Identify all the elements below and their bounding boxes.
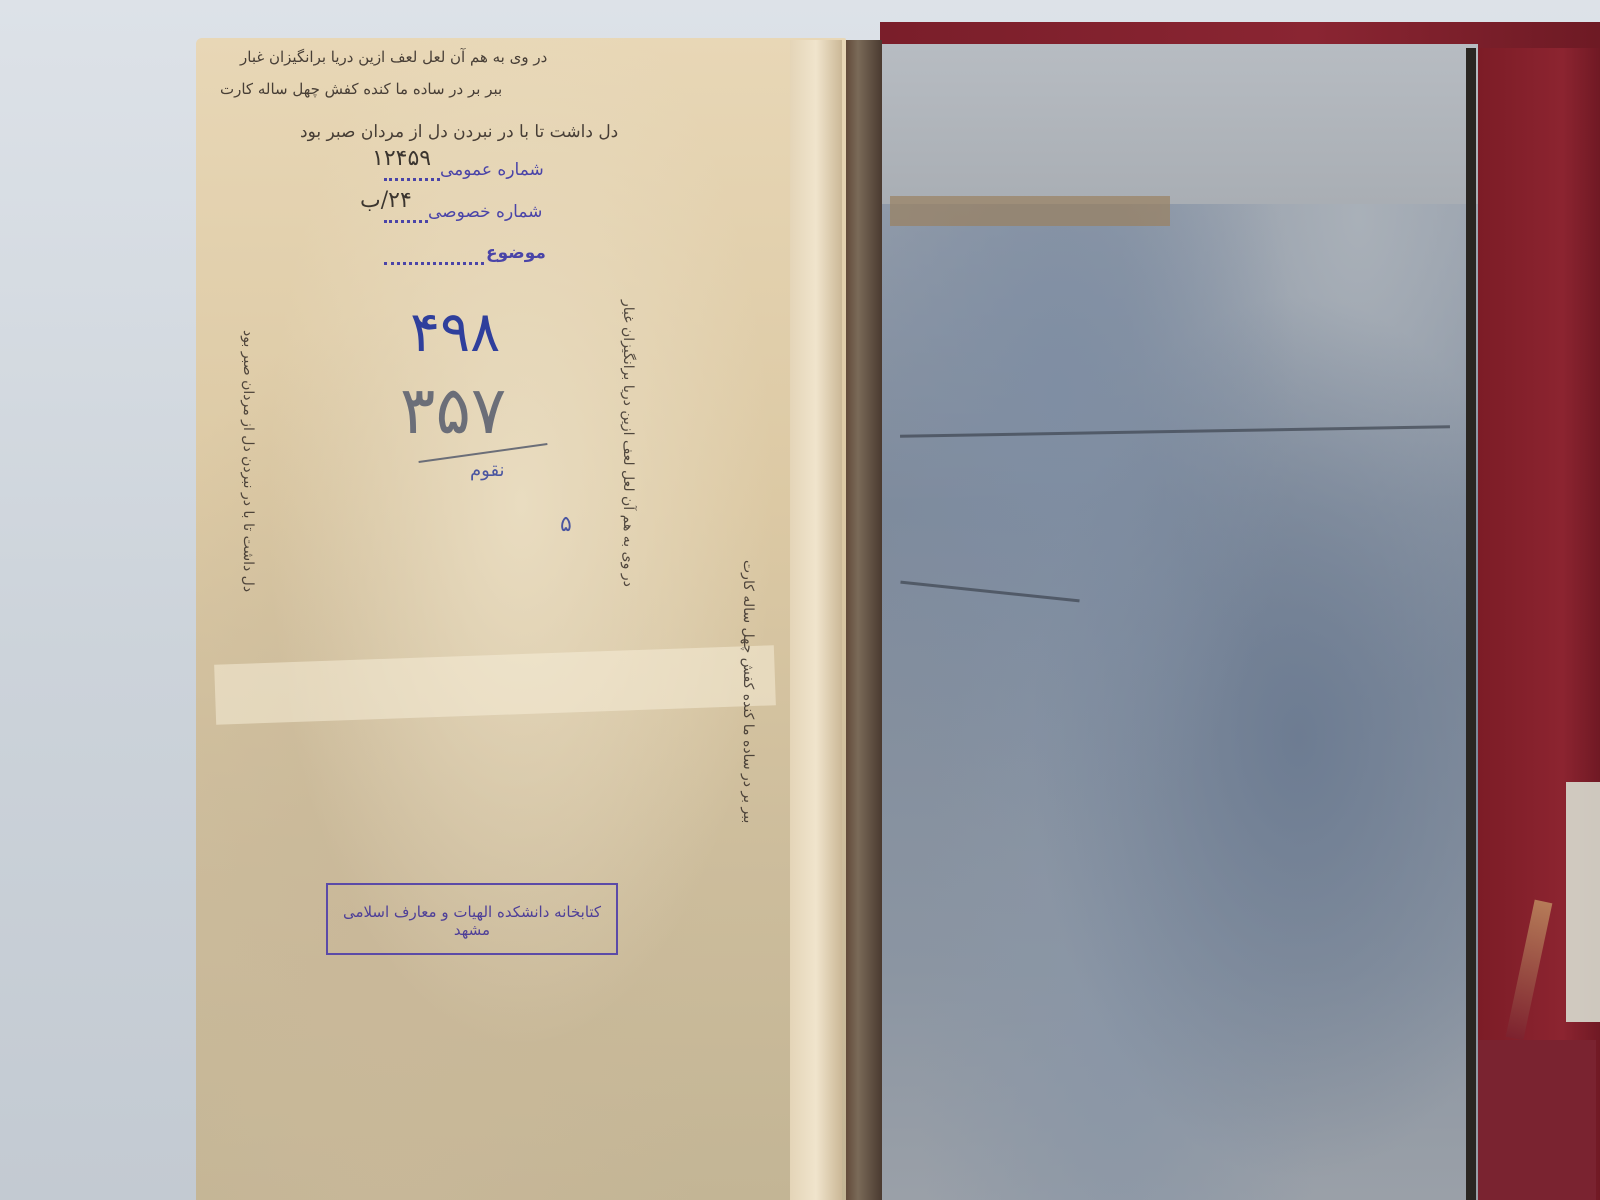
margin-note: ببر بر در ساده ما کنده کفش چهل ساله کارت xyxy=(220,80,502,98)
marbled-cover-top-patch xyxy=(880,44,1478,204)
general-number-label: شماره عمومی xyxy=(440,160,544,180)
vertical-margin-note: ببر بر در ساده ما کنده کفش چهل ساله کارت xyxy=(740,560,756,1160)
handwritten-number-lower: ۳۵۷ xyxy=(400,372,506,449)
stamp-text: کتابخانه دانشکده الهیات و معارف اسلامی م… xyxy=(328,903,616,939)
dotted-line xyxy=(384,178,440,181)
leather-flap xyxy=(1478,1040,1596,1200)
handwritten-note: نقوم xyxy=(470,460,505,481)
vertical-margin-note: دل داشت تا با در نبردن دل از مردان صبر ب… xyxy=(240,330,256,650)
special-number-label: شماره خصوصی xyxy=(428,202,542,222)
page-edges xyxy=(790,40,842,1200)
handwritten-number-upper: ۴۹۸ xyxy=(410,300,500,365)
dotted-line xyxy=(384,220,428,223)
cover-rim xyxy=(1466,48,1476,1200)
margin-note: در وی به هم آن لعل لعف ازین دریا برانگیز… xyxy=(240,48,547,66)
paper-tab xyxy=(1566,782,1600,1022)
dotted-line xyxy=(384,262,484,265)
vertical-margin-note: در وی به هم آن لعل لعف ازین دریا برانگیز… xyxy=(620,300,636,720)
cover-stain xyxy=(890,196,1170,226)
margin-note: دل داشت تا با در نبردن دل از مردان صبر ب… xyxy=(300,122,618,142)
subject-label: موضوع xyxy=(486,243,546,263)
small-mark: ۵ xyxy=(560,512,572,537)
general-number-value: ۱۲۴۵۹ xyxy=(372,146,431,171)
library-ownership-stamp: کتابخانه دانشکده الهیات و معارف اسلامی م… xyxy=(326,883,618,955)
book-spine xyxy=(842,40,882,1200)
special-number-value: ۲۴/ب xyxy=(360,188,412,213)
red-binding-edge xyxy=(1476,48,1600,1200)
